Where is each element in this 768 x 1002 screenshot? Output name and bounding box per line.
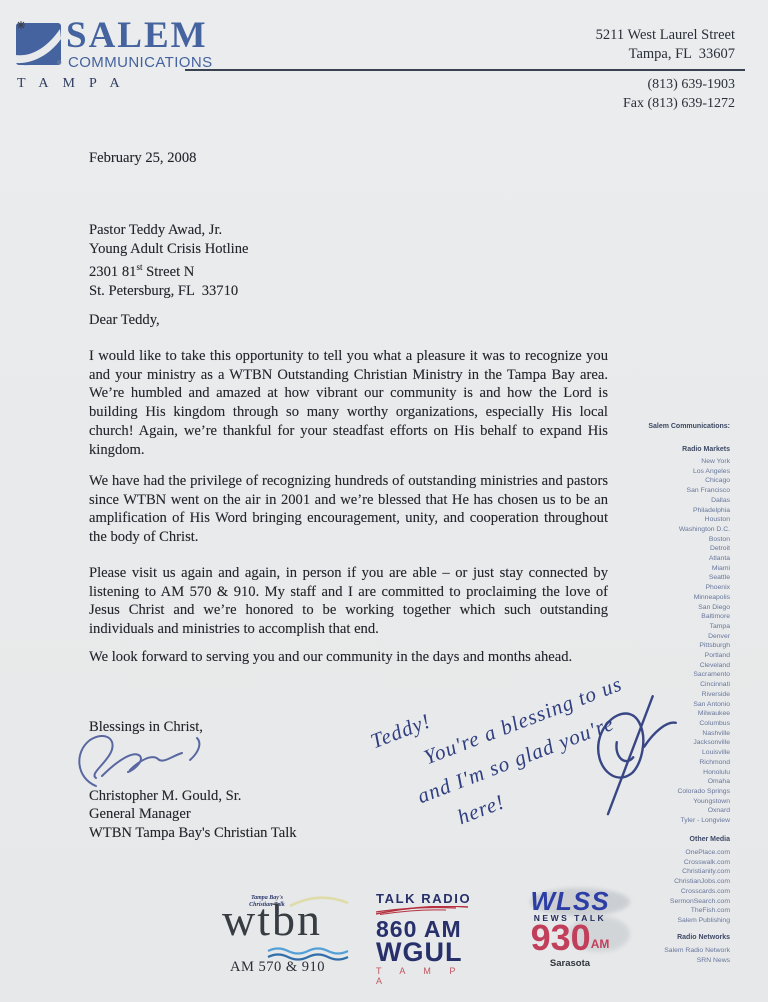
company-address: 5211 West Laurel StreetTampa, FL 33607 (596, 26, 735, 64)
other-media-label: Other Media (600, 836, 730, 843)
radio-market-item: San Francisco (600, 486, 730, 496)
salem-logo-icon (15, 21, 62, 66)
logo-city: TAMPA (17, 76, 134, 92)
recipient-org: Young Adult Crisis Hotline (89, 241, 248, 257)
address-line2: Tampa, FL 33607 (629, 46, 735, 62)
radio-market-item: Los Angeles (600, 467, 730, 477)
wlss-frequency: 930AM (510, 922, 630, 960)
radio-market-item: Miami (600, 564, 730, 574)
recipient-block: Pastor Teddy Awad, Jr.Young Adult Crisis… (89, 221, 608, 300)
phone-line: (813) 639-1903 (648, 77, 736, 92)
wgul-city: T A M P A (376, 966, 476, 986)
radio-market-item: Philadelphia (600, 506, 730, 516)
street-name: Street N (142, 264, 194, 280)
registered-mark: ® (57, 61, 61, 67)
wtbn-frequency: AM 570 & 910 (230, 959, 325, 976)
other-media-item: Christianity.com (600, 867, 730, 877)
paragraph-1: I would like to take this opportunity to… (89, 347, 608, 459)
other-media-item: OnePlace.com (600, 848, 730, 858)
recipient-city: St. Petersburg, FL 33710 (89, 283, 238, 299)
radio-markets-label: Radio Markets (600, 446, 730, 453)
salutation: Dear Teddy, (89, 311, 608, 330)
header-divider (185, 69, 745, 71)
logo-title: SALEM (66, 14, 208, 57)
radio-market-item: Dallas (600, 496, 730, 506)
note-line-4: here! (454, 789, 508, 830)
gould-signature-icon (72, 726, 247, 792)
wlss-city: Sarasota (510, 958, 630, 969)
wgul-swoosh-icon (376, 906, 468, 915)
wtbn-callsign: wtbn (222, 893, 322, 946)
radio-market-item: Washington D.C. (600, 525, 730, 535)
signer-title: General Manager (89, 806, 191, 822)
sidebar-title: Salem Communications: (600, 423, 730, 430)
radio-market-item: Boston (600, 535, 730, 545)
radio-market-item: Chicago (600, 476, 730, 486)
letter-page: SALEM COMMUNICATIONS ® TAMPA 5211 West L… (0, 0, 768, 1002)
wgul-talk-radio: TALK RADIO (376, 891, 476, 906)
wgul-logo: TALK RADIO 860 AM WGUL T A M P A (376, 891, 476, 986)
radio-market-item: Atlanta (600, 554, 730, 564)
wlss-number: 930 (531, 917, 591, 958)
signer-name: Christopher M. Gould, Sr. (89, 788, 241, 804)
company-phone: (813) 639-1903Fax (813) 639-1272 (623, 75, 735, 113)
wlss-logo: WLSS NEWS TALK 930AM Sarasota (510, 886, 630, 969)
other-media-item: Crosswalk.com (600, 858, 730, 868)
wgul-callsign: WGUL (376, 937, 476, 968)
paragraph-2: We have had the privilege of recognizing… (89, 472, 608, 547)
signer-org: WTBN Tampa Bay's Christian Talk (89, 825, 297, 841)
fax-line: Fax (813) 639-1272 (623, 96, 735, 111)
letter-date: February 25, 2008 (89, 149, 608, 168)
radio-market-item: Houston (600, 515, 730, 525)
radio-market-item: Detroit (600, 544, 730, 554)
address-line1: 5211 West Laurel Street (596, 27, 735, 43)
recipient-name: Pastor Teddy Awad, Jr. (89, 222, 222, 238)
street-number: 2301 81 (89, 264, 136, 280)
recipient-street: 2301 81st Street N (89, 264, 194, 280)
radio-market-item: New York (600, 457, 730, 467)
wlss-am: AM (591, 937, 610, 951)
